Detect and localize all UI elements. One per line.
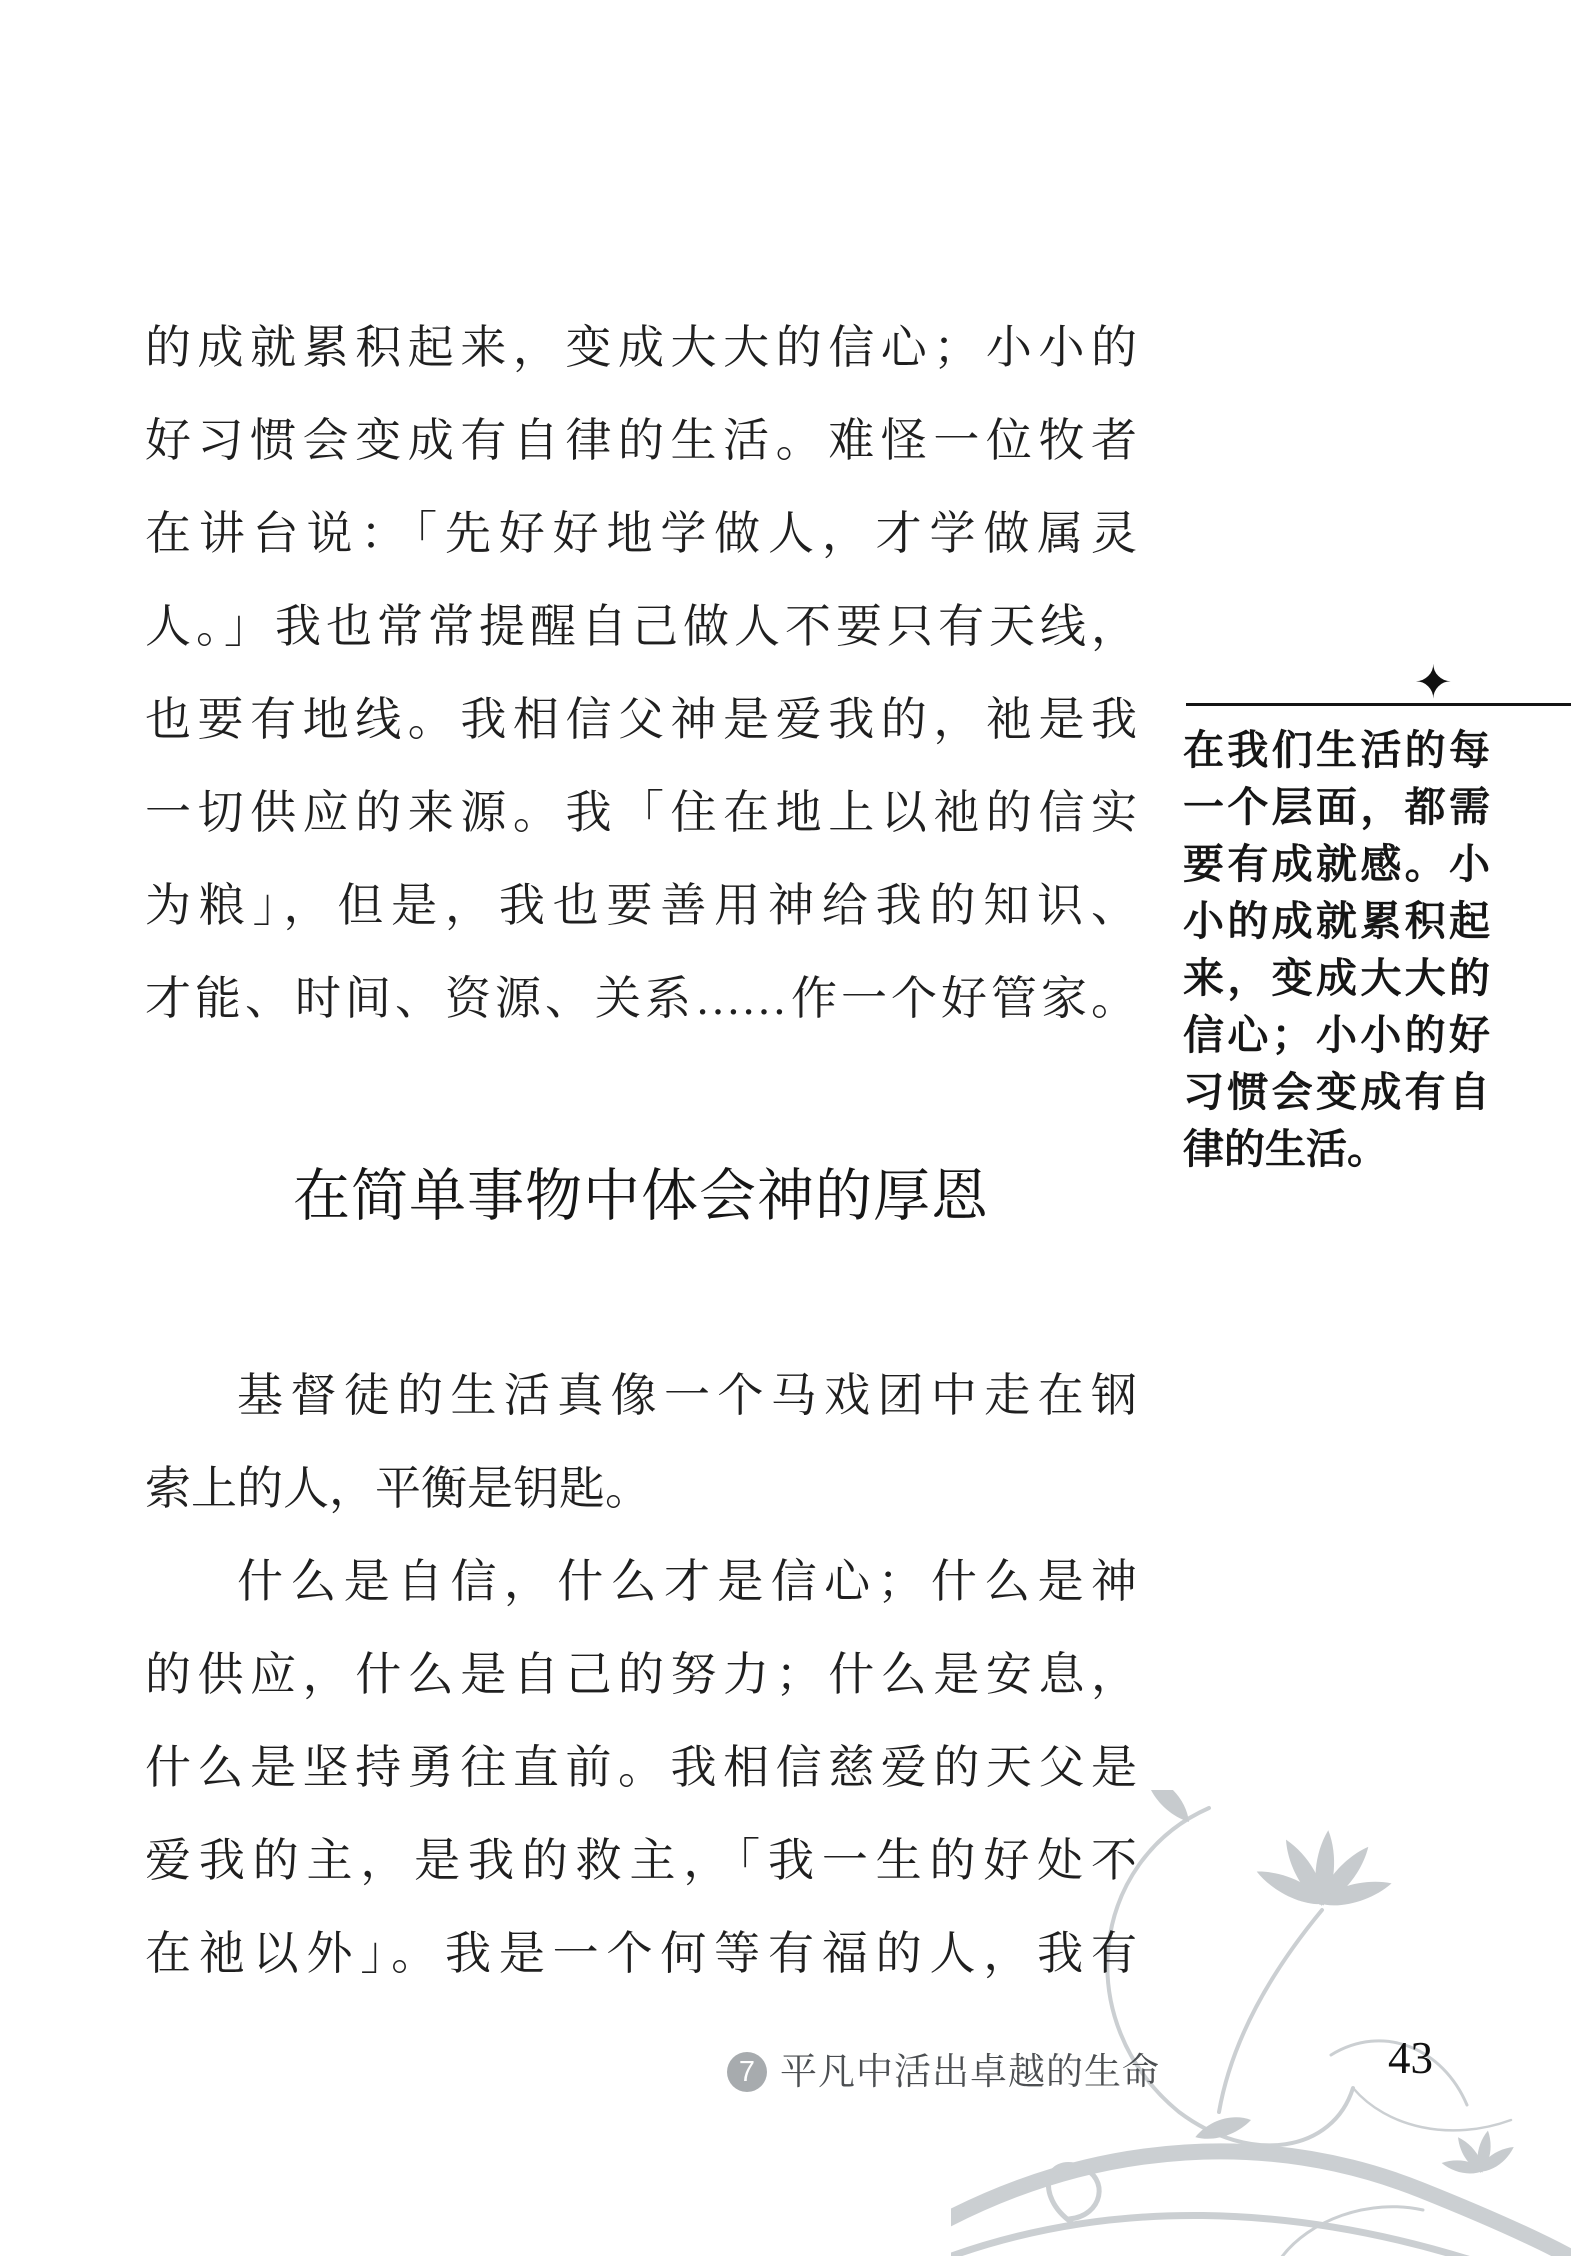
body-text-line: 的供应，什么是自己的努力；什么是安息，	[145, 1628, 1137, 1721]
sidebar-line: 一个层面，都需	[1183, 779, 1490, 836]
sidebar-line: 习惯会变成有自	[1183, 1064, 1490, 1121]
sidebar-line: 来，变成大大的	[1183, 950, 1490, 1007]
continued-paragraph: 的成就累积起来，变成大大的信心；小小的 好习惯会变成有自律的生活。难怪一位牧者 …	[145, 301, 1137, 1045]
body-text-line: 人。」我也常常提醒自己做人不要只有天线，	[145, 580, 1137, 673]
sidebar-line: 信心；小小的好	[1183, 1007, 1490, 1064]
chapter-number-badge: 7	[727, 2052, 767, 2092]
chapter-title: 平凡中活出卓越的生命	[780, 2050, 1160, 2094]
body-text-line: 的成就累积起来，变成大大的信心；小小的	[145, 301, 1137, 394]
sidebar-line: 律的生活。	[1183, 1121, 1490, 1178]
section-body: 基督徒的生活真像一个马戏团中走在钢 索上的人，平衡是钥匙。 什么是自信，什么才是…	[145, 1349, 1137, 2000]
body-text-line: 一切供应的来源。我「住在地上以祂的信实	[145, 766, 1137, 859]
section-heading: 在简单事物中体会神的厚恩	[145, 1156, 1137, 1238]
body-text-line: 在讲台说：「先好好地学做人，才学做属灵	[145, 487, 1137, 580]
body-text-line: 爱我的主，是我的救主，「我一生的好处不	[145, 1814, 1137, 1907]
body-text-line: 基督徒的生活真像一个马戏团中走在钢	[145, 1349, 1137, 1442]
sidebar-divider	[1186, 703, 1571, 706]
body-text-line: 索上的人，平衡是钥匙。	[145, 1442, 1137, 1535]
page-number: 43	[1388, 2033, 1433, 2083]
body-text-line: 什么是坚持勇往直前。我相信慈爱的天父是	[145, 1721, 1137, 1814]
body-text-line: 也要有地线。我相信父神是爱我的，祂是我	[145, 673, 1137, 766]
body-text-line: 什么是自信，什么才是信心；什么是神	[145, 1535, 1137, 1628]
sidebar-line: 要有成就感。小	[1183, 836, 1490, 893]
sidebar-line: 小的成就累积起	[1183, 893, 1490, 950]
body-text-line: 好习惯会变成有自律的生活。难怪一位牧者	[145, 394, 1137, 487]
body-text-line: 在祂以外」。我是一个何等有福的人，我有	[145, 1907, 1137, 2000]
sidebar-callout: 在我们生活的每 一个层面，都需 要有成就感。小 小的成就累积起 来，变成大大的 …	[1183, 722, 1490, 1178]
book-page: 的成就累积起来，变成大大的信心；小小的 好习惯会变成有自律的生活。难怪一位牧者 …	[0, 0, 1571, 2256]
sidebar-line: 在我们生活的每	[1183, 722, 1490, 779]
body-text-line: 为粮」，但是，我也要善用神给我的知识、	[145, 859, 1137, 952]
body-text-line: 才能、时间、资源、关系……作一个好管家。	[145, 952, 1137, 1045]
star-icon: ✦	[1414, 659, 1453, 705]
